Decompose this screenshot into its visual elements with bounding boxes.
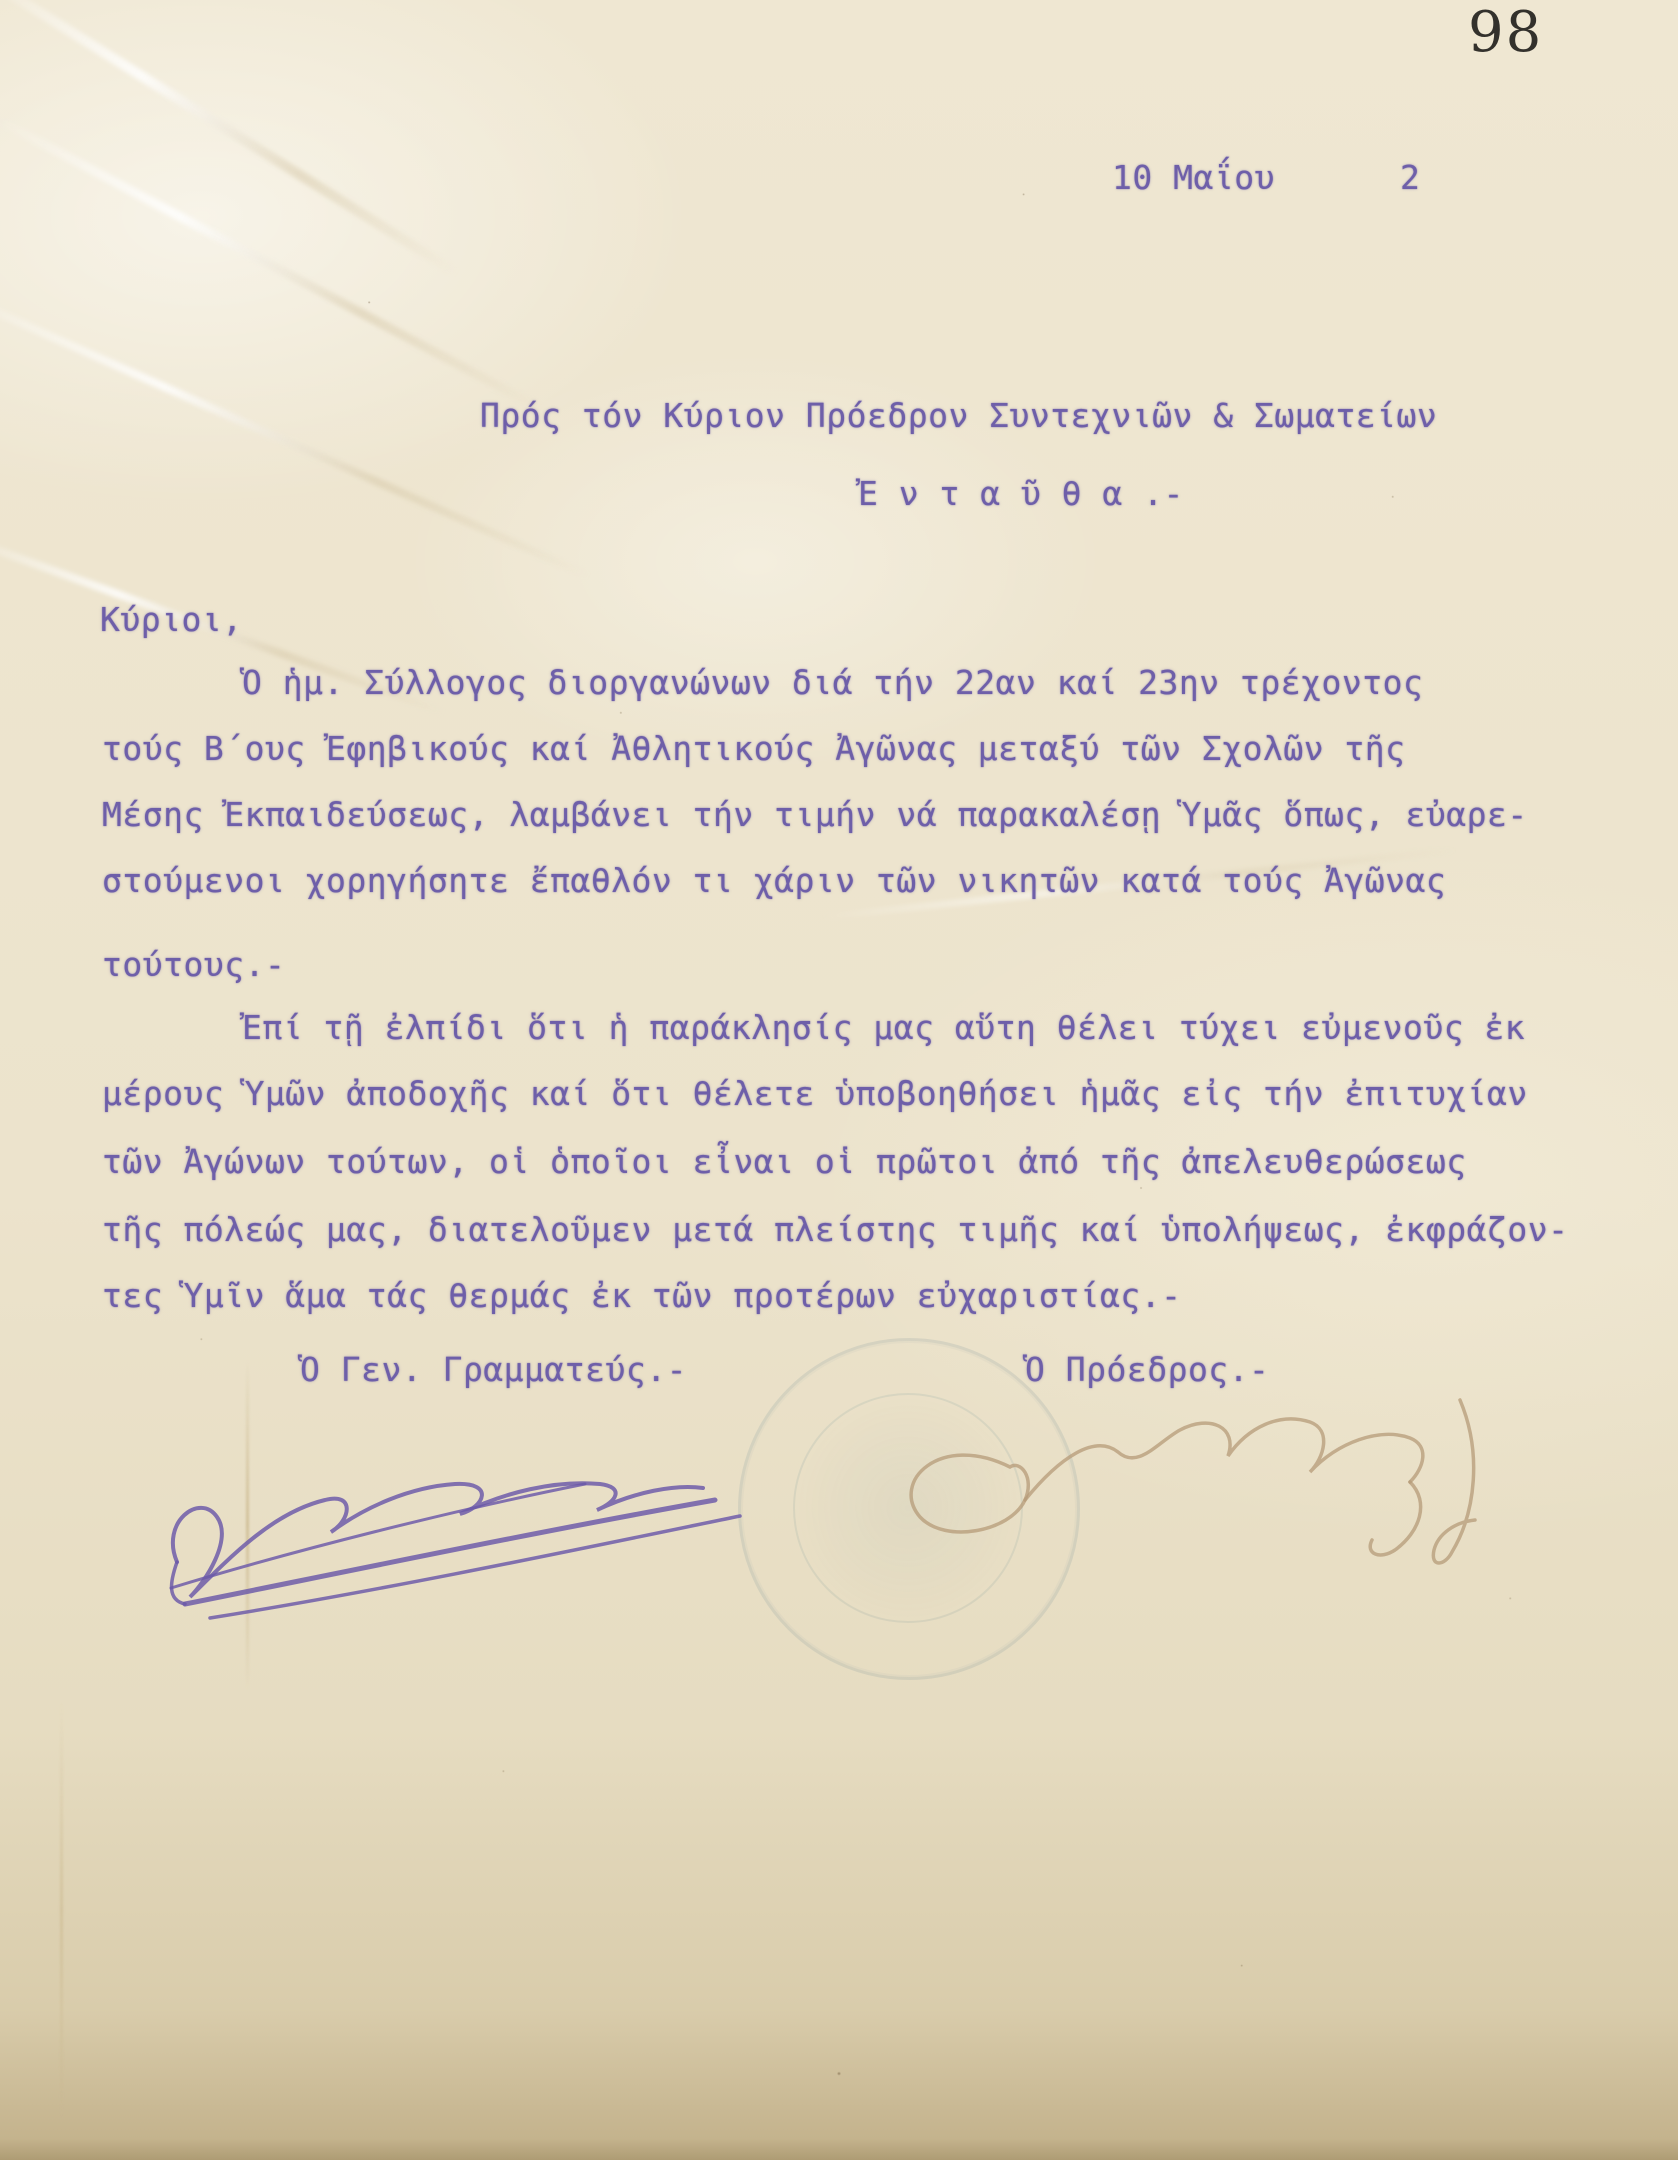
salutation: Κύριοι, (100, 600, 243, 639)
body-line: μέρους Ὑμῶν ἀποδοχῆς καί ὅτι θέλετε ὑποβ… (102, 1074, 1528, 1113)
body-line: τῆς πόλεώς μας, διατελοῦμεν μετά πλείστη… (102, 1210, 1568, 1249)
secretary-signature-label: Ὁ Γεν. Γραμματεύς.- (300, 1350, 687, 1389)
recipient-line-1: Πρός τόν Κύριον Πρόεδρον Συντεχνιῶν & Σω… (480, 396, 1437, 435)
body-line: στούμενοι χορηγήσητε ἔπαθλόν τι χάριν τῶ… (102, 861, 1446, 900)
body-line: τῶν Ἀγώνων τούτων, οἱ ὁποῖοι εἶναι οἱ πρ… (102, 1142, 1467, 1181)
dateline-number: 2 (1400, 158, 1420, 197)
secretary-signature (155, 1392, 755, 1622)
letter-page: 98 10 Μαΐου 2 Πρός τόν Κύριον Πρόεδρον Σ… (0, 0, 1678, 2160)
body-line: τούς Β΄ους Ἐφηβικούς καί Ἀθλητικούς Ἀγῶν… (102, 729, 1406, 768)
body-line: Ἐπί τῇ ἐλπίδι ὅτι ἡ παράκλησίς μας αὕτη … (242, 1008, 1525, 1047)
body-line: Ὁ ἡμ. Σύλλογος διοργανώνων διά τήν 22αν … (242, 663, 1423, 702)
paper-crease (60, 1700, 63, 2120)
president-signature (860, 1372, 1510, 1582)
body-line: τούτους.- (102, 945, 285, 984)
folio-number: 98 (1468, 0, 1543, 65)
body-line: τες Ὑμῖν ἅμα τάς θερμάς ἐκ τῶν προτέρων … (102, 1276, 1182, 1315)
body-line: Μέσης Ἐκπαιδεύσεως, λαμβάνει τήν τιμήν ν… (102, 795, 1528, 834)
paper-crease (0, 0, 460, 278)
recipient-line-2: Ἐ ν τ α ῦ θ α .- (858, 474, 1184, 513)
date-text: 10 Μαΐου (1112, 158, 1275, 197)
